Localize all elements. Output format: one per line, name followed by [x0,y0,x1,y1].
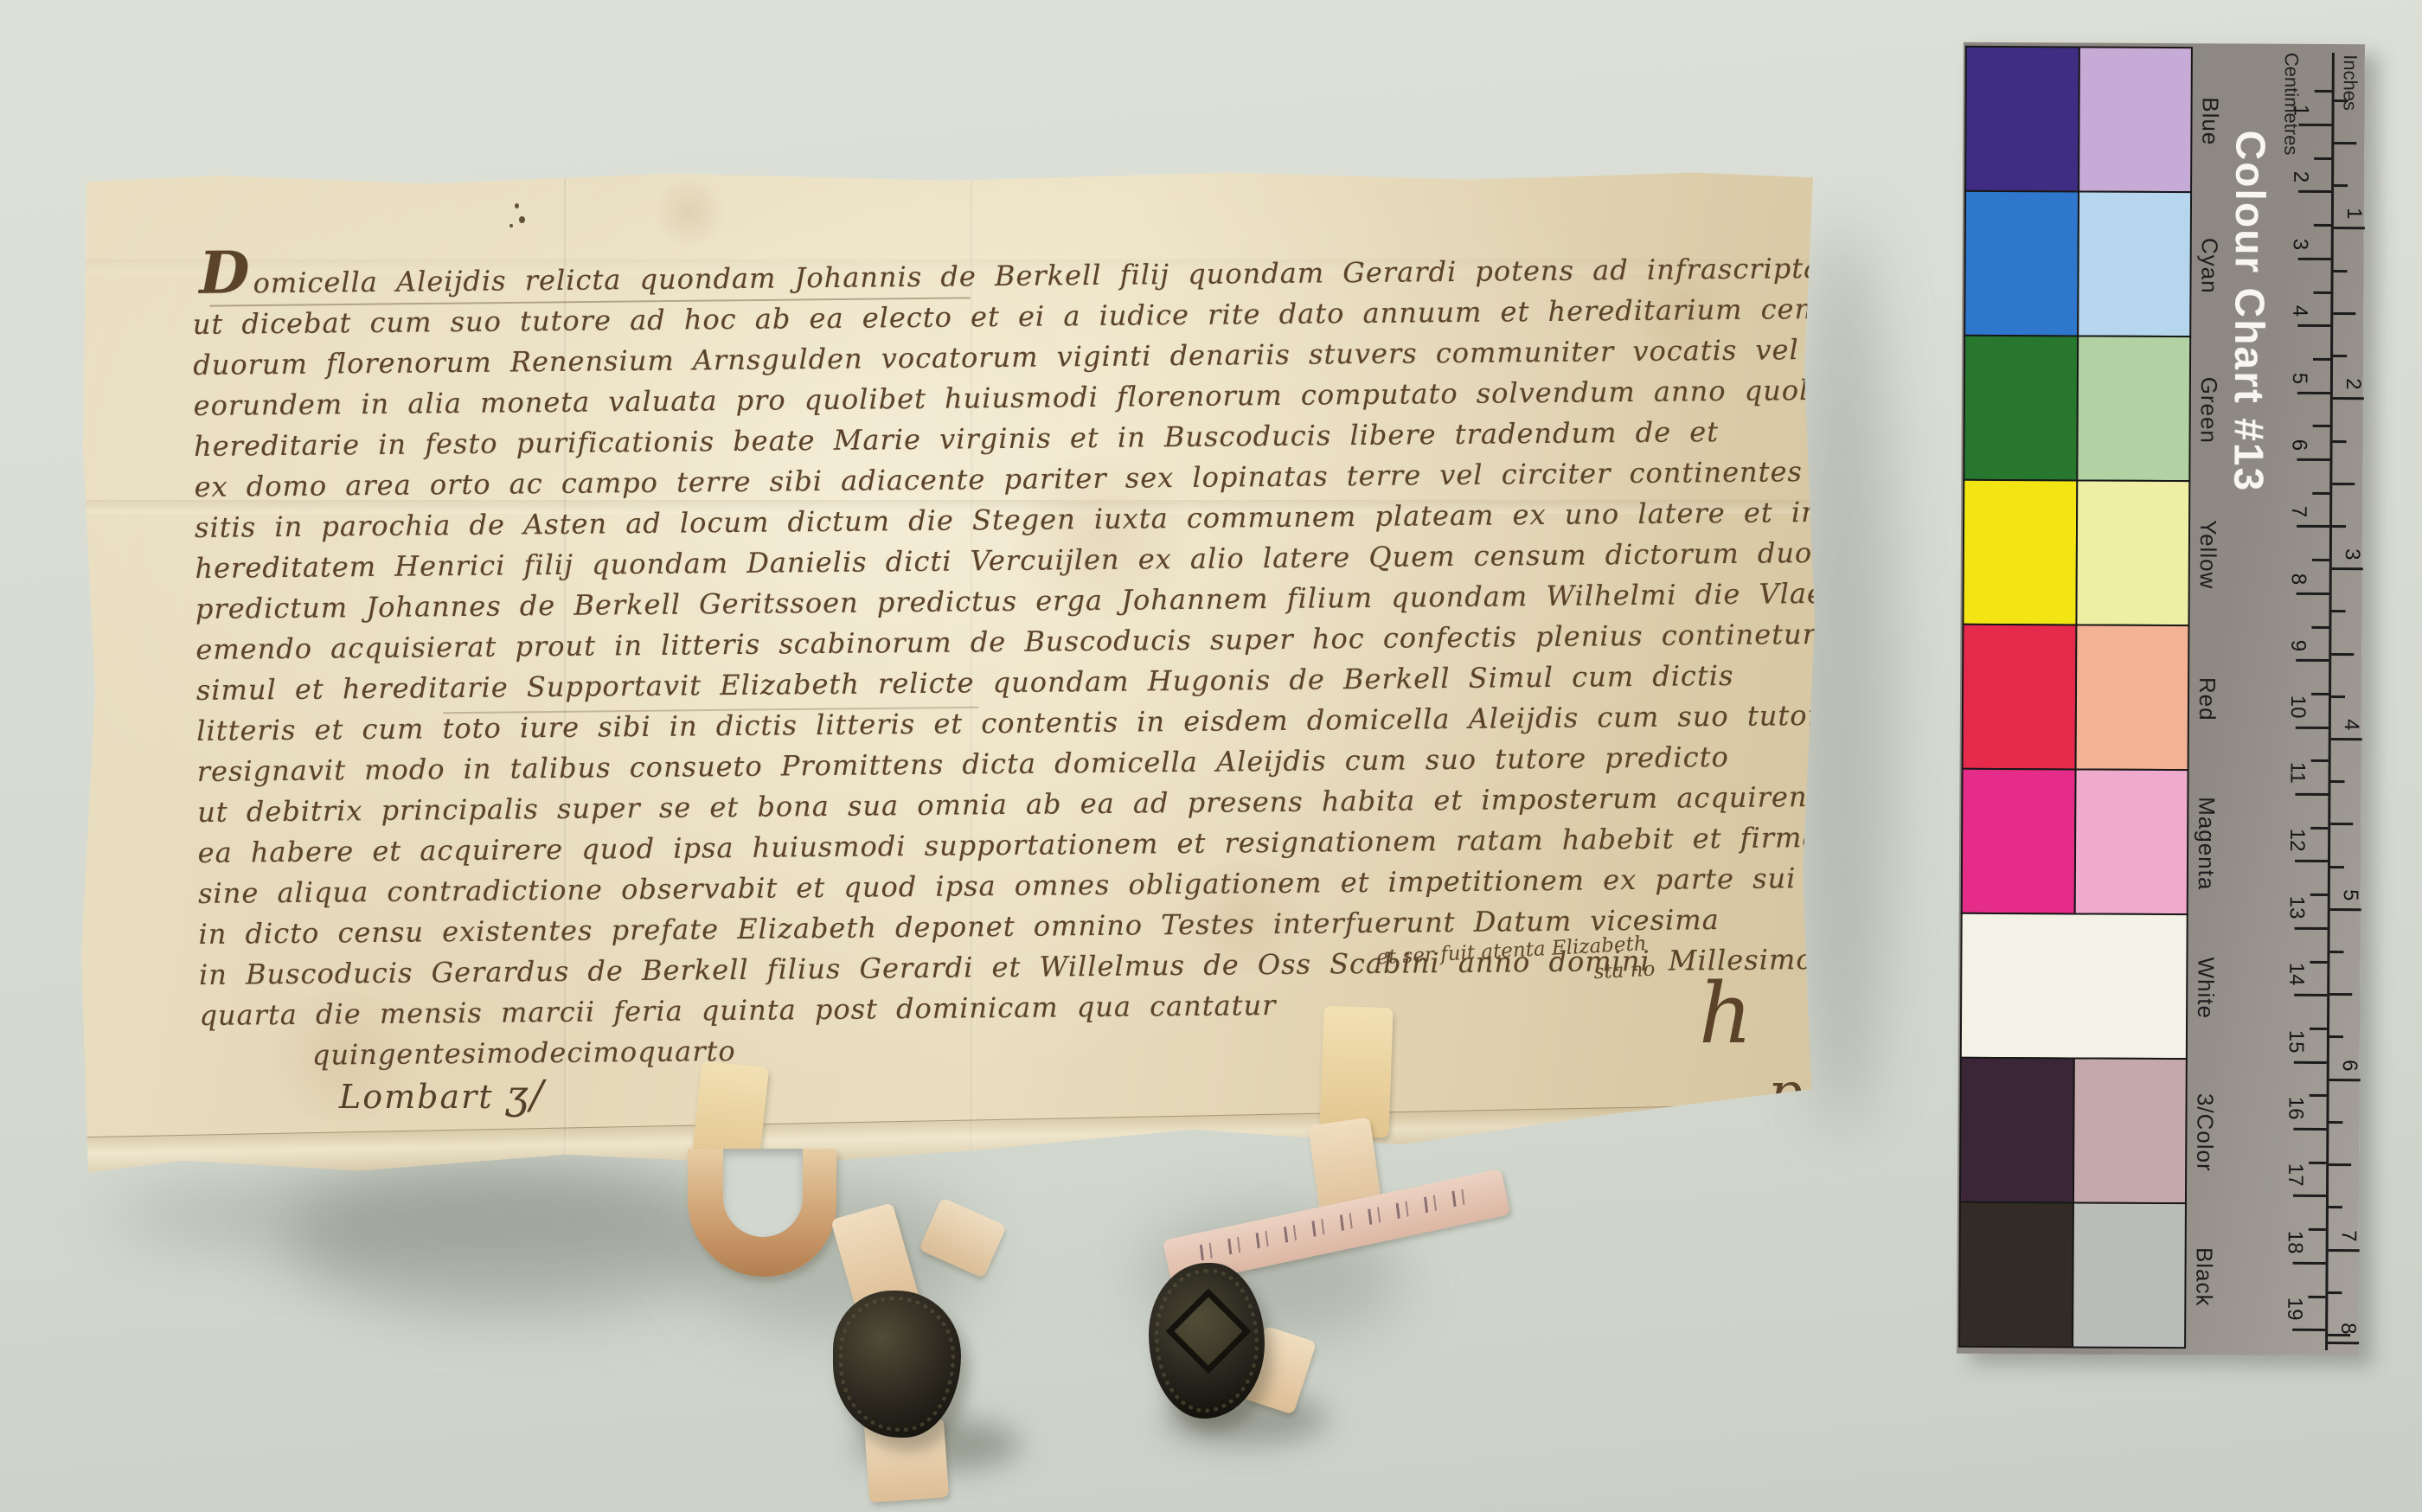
inch-tick [2335,99,2348,102]
cm-tick [2309,1228,2326,1231]
ink-spot [519,216,525,223]
chart-title: Colour Chart #13 [2224,130,2273,492]
cm-tick [2314,157,2331,160]
stain [650,178,728,247]
cast-shadow [112,1176,718,1254]
cm-tick [2310,894,2328,896]
cm-tick [2310,827,2328,830]
swatch-green [1964,336,2077,480]
cm-tick [2293,1128,2326,1131]
seal-tag [1319,1006,1393,1138]
photograph-of-charter: Domicella Aleijdis relicta quondam Johan… [0,0,2422,1512]
inch-tick [2329,951,2343,953]
inch-number: 7 [2336,1230,2361,1242]
inch-tick [2332,610,2346,612]
cm-number: 11 [2284,762,2309,784]
cm-number: 2 [2288,171,2312,183]
inches-label: Inches [2339,54,2361,111]
chart-swatches [1964,42,2365,44]
inch-tick [2332,525,2346,528]
signature-name: Lombart [339,1078,494,1116]
inch-tick [2328,1291,2342,1294]
inch-tick [2330,866,2344,868]
inch-number: 5 [2338,889,2362,901]
chart-row-label: 3/Color [2191,1092,2218,1171]
cm-ruler: 12345678910111213141516171819 [1964,42,2365,44]
cm-number: 1 [2289,105,2313,117]
inch-tick [2330,780,2344,783]
chart-labels: BlueCyanGreenYellowRedMagentaWhite3/Colo… [1964,42,2365,44]
inch-tick [2328,1342,2359,1344]
cm-tick [2294,1060,2327,1063]
chart-row-label: Yellow [2195,520,2221,589]
cm-tick [2298,124,2331,126]
cm-tick [2315,90,2332,93]
inch-tick [2333,397,2364,400]
cm-tick [2292,1329,2325,1331]
swatch-blue-tint [2079,48,2191,192]
inch-tick [2334,184,2348,187]
cm-tick [2311,693,2329,695]
swatch-3/color [1961,1059,2073,1202]
inch-ruler: 12345678 [1964,42,2365,44]
inch-tick [2331,653,2354,656]
chart-row-label: Cyan [2195,237,2222,293]
cm-tick [2296,726,2329,728]
cm-number: 12 [2284,829,2309,852]
cm-tick [2297,324,2330,327]
inch-number: 4 [2339,719,2363,731]
inch-number: 3 [2340,548,2364,561]
swatch-cyan-tint [2079,193,2190,336]
ink-spot [515,203,519,208]
inch-tick [2333,440,2347,443]
notarial-flourish: h [1699,965,1752,1062]
swatch-3/color-tint [2074,1059,2186,1202]
cm-tick [2294,994,2327,996]
cm-tick [2296,659,2329,662]
cm-number: 13 [2284,896,2309,919]
cm-tick [2295,927,2328,930]
swatch-magenta-tint [2076,770,2188,913]
swatch-red [1964,625,2076,769]
cm-tick [2295,860,2328,862]
cm-tick [2310,1094,2327,1097]
inch-tick [2331,695,2345,698]
cm-number: 4 [2287,305,2311,317]
cm-tick [2298,258,2331,260]
cm-tick [2309,1162,2326,1164]
inch-number: 6 [2337,1060,2361,1072]
inch-tick [2329,1206,2342,1208]
swatch-yellow-tint [2077,481,2188,625]
swatch-black-tint [2073,1203,2185,1347]
inch-tick [2329,1036,2343,1039]
cm-number: 6 [2287,439,2311,452]
inch-tick [2332,567,2363,570]
chart-row-label: Black [2190,1246,2217,1306]
swatch-cyan [1965,192,2078,336]
inch-tick [2330,908,2361,911]
scribe-signature: Lombart ʒ/ [339,1071,545,1118]
swatch-white [1962,914,2187,1058]
inch-tick [2332,483,2355,485]
chart-row-label: Magenta [2193,797,2220,890]
cm-number: 19 [2282,1297,2306,1321]
cm-number: 18 [2283,1231,2307,1254]
parchment-charter: Domicella Aleijdis relicta quondam Johan… [80,170,1818,1175]
cm-number: 16 [2283,1097,2307,1120]
cm-tick [2314,224,2331,227]
inch-tick [2330,823,2353,825]
ink-spot [509,224,513,227]
cm-number: 10 [2285,695,2310,718]
cm-number: 15 [2284,1029,2308,1053]
inch-tick [2334,270,2348,272]
notarial-flourish: p [1768,1060,1803,1124]
cm-tick [2312,559,2329,561]
swatch-green-tint [2078,336,2189,480]
cm-tick [2310,960,2327,963]
cm-tick [2313,425,2330,427]
inch-tick [2329,1079,2361,1081]
inch-tick [2329,1121,2342,1124]
marginal-note-line: sta no [1593,957,1656,986]
swatch-black [1960,1203,2073,1347]
right-wax-seal [1149,1263,1265,1419]
cm-tick [2298,190,2331,193]
cm-tick [2313,358,2330,361]
cm-tick [2311,759,2329,762]
swatch-blue [1966,48,2079,191]
inch-tick [2329,993,2352,996]
chart-row-label: Green [2195,376,2222,443]
inch-tick [2329,1249,2360,1252]
cm-number: 5 [2287,372,2311,384]
seal-emblem [1166,1289,1252,1374]
cm-number: 9 [2285,640,2310,652]
inch-tick [2329,1163,2351,1166]
swatch-yellow [1964,481,2076,625]
paraph-flourish: ʒ/ [506,1071,545,1118]
inch-tick [2331,738,2362,740]
swatch-red-tint [2077,625,2188,769]
cm-tick [2308,1295,2325,1297]
inch-tick [2333,312,2355,315]
inch-tick [2334,142,2356,144]
inch-number: 2 [2341,378,2365,390]
cm-tick [2297,525,2329,528]
chart-row-label: White [2192,957,2219,1019]
ruler-baseline [2325,53,2335,1350]
cm-number: 14 [2284,963,2308,986]
cm-tick [2293,1195,2326,1197]
cm-tick [2297,593,2329,595]
cm-number: 3 [2288,239,2312,251]
cm-number: 17 [2283,1163,2307,1187]
inch-tick [2333,355,2347,357]
cm-tick [2293,1262,2326,1265]
cm-tick [2313,291,2330,293]
cm-tick [2295,793,2328,796]
chart-row-label: Blue [2196,97,2223,145]
cm-tick [2311,625,2329,628]
swatch-magenta [1963,770,2075,913]
cm-tick [2310,1028,2327,1030]
chart-row-label: Red [2194,676,2220,721]
inch-number: 1 [2342,208,2366,221]
cm-tick [2312,492,2329,495]
cm-number: 8 [2286,573,2310,586]
seal-tag-loop-gap [723,1149,803,1237]
left-wax-seal [833,1291,961,1438]
colour-chart: BlueCyanGreenYellowRedMagentaWhite3/Colo… [1957,42,2365,1355]
inch-tick [2334,227,2365,229]
cm-number: 7 [2286,506,2310,518]
inch-number: 8 [2335,1323,2360,1335]
cm-tick [2297,391,2330,394]
cm-tick [2297,458,2329,461]
